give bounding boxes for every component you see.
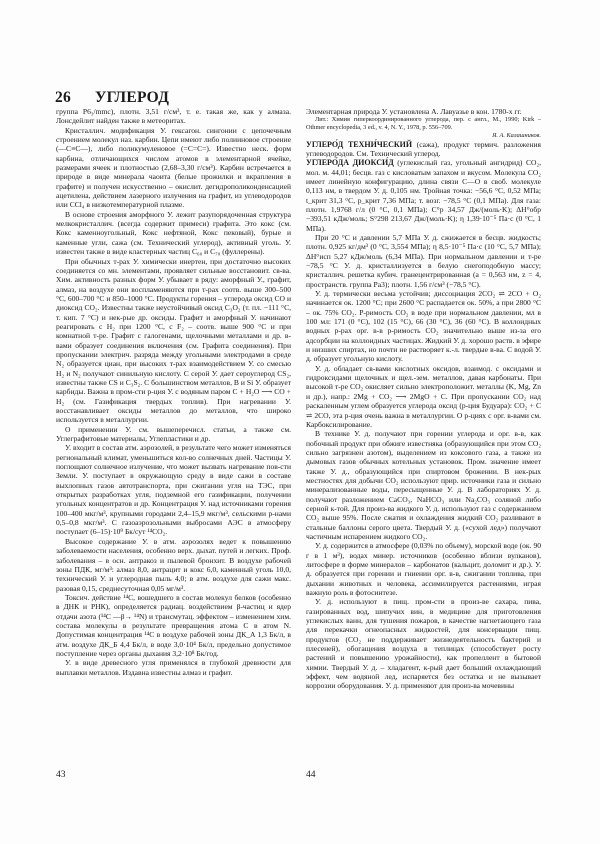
paragraph: Высокое содержание У. в атм. аэрозолях в… (56, 537, 291, 593)
folio-right: 44 (306, 770, 316, 780)
page-number: 26 (55, 89, 95, 107)
paragraph: В технике У. д. получают при горении угл… (306, 429, 541, 541)
entry-headword: УГЛЕРО́Д ТЕХНИ́ЧЕСКИЙ (306, 140, 412, 149)
entry-carbon-technical: УГЛЕРО́Д ТЕХНИ́ЧЕСКИЙ (сажа), продукт те… (306, 140, 541, 159)
paragraph: В основе строения аморфного У. лежит раз… (56, 210, 291, 257)
paragraph: У. д. обладает св-вами кислотных оксидов… (306, 364, 541, 429)
folio-left: 43 (56, 770, 66, 780)
paragraph: У. в виде древесного угля применялся в г… (56, 658, 291, 677)
document-page: 26УГЛЕРОД группа P6₃/mmc), плотн. 3,51 г… (0, 0, 600, 844)
page-title: УГЛЕРОД (95, 89, 169, 106)
author-signature: Я. А. Калашников. (306, 132, 541, 140)
paragraph: Токсич. действие ¹⁴C, вошедшего в состав… (56, 593, 291, 658)
paragraph: Элементарная природа У. установлена А. Л… (306, 107, 541, 116)
paragraph: У. входит в состав атм. аэрозолей, в рез… (56, 443, 291, 536)
paragraph: группа P6₃/mmc), плотн. 3,51 г/см³, т. е… (56, 107, 291, 126)
entry-carbon-dioxide: УГЛЕРО́ДА ДИОКСИ́Д (углекислый газ, угол… (306, 158, 541, 233)
right-column: Элементарная природа У. установлена А. Л… (306, 107, 541, 691)
paragraph: О применении У. см. вышеперечисл. статьи… (56, 425, 291, 444)
paragraph: У. д. термически весьма устойчив; диссоц… (306, 289, 541, 364)
entry-body: (углекислый газ, угольный ангидрид) CO₂,… (306, 158, 541, 232)
literature-references: Лит.: Химия гиперкоординированного углер… (306, 116, 541, 131)
paragraph: У. д. содержится в атмосфере (0,03% по о… (306, 541, 541, 597)
paragraph: При обычных т-рах У. химически инертен, … (56, 257, 291, 425)
paragraph: Кристаллич. модификация У. гексагон. син… (56, 126, 291, 210)
left-column: группа P6₃/mmc), плотн. 3,51 г/см³, т. е… (56, 107, 291, 677)
paragraph: У. д. используют в пищ. пром-сти в произ… (306, 597, 541, 690)
running-head: 26УГЛЕРОД (55, 89, 169, 107)
entry-headword: УГЛЕРО́ДА ДИОКСИ́Д (306, 158, 394, 167)
paragraph: При 20 °C и давлении 5,7 МПа У. д. сжижа… (306, 233, 541, 289)
